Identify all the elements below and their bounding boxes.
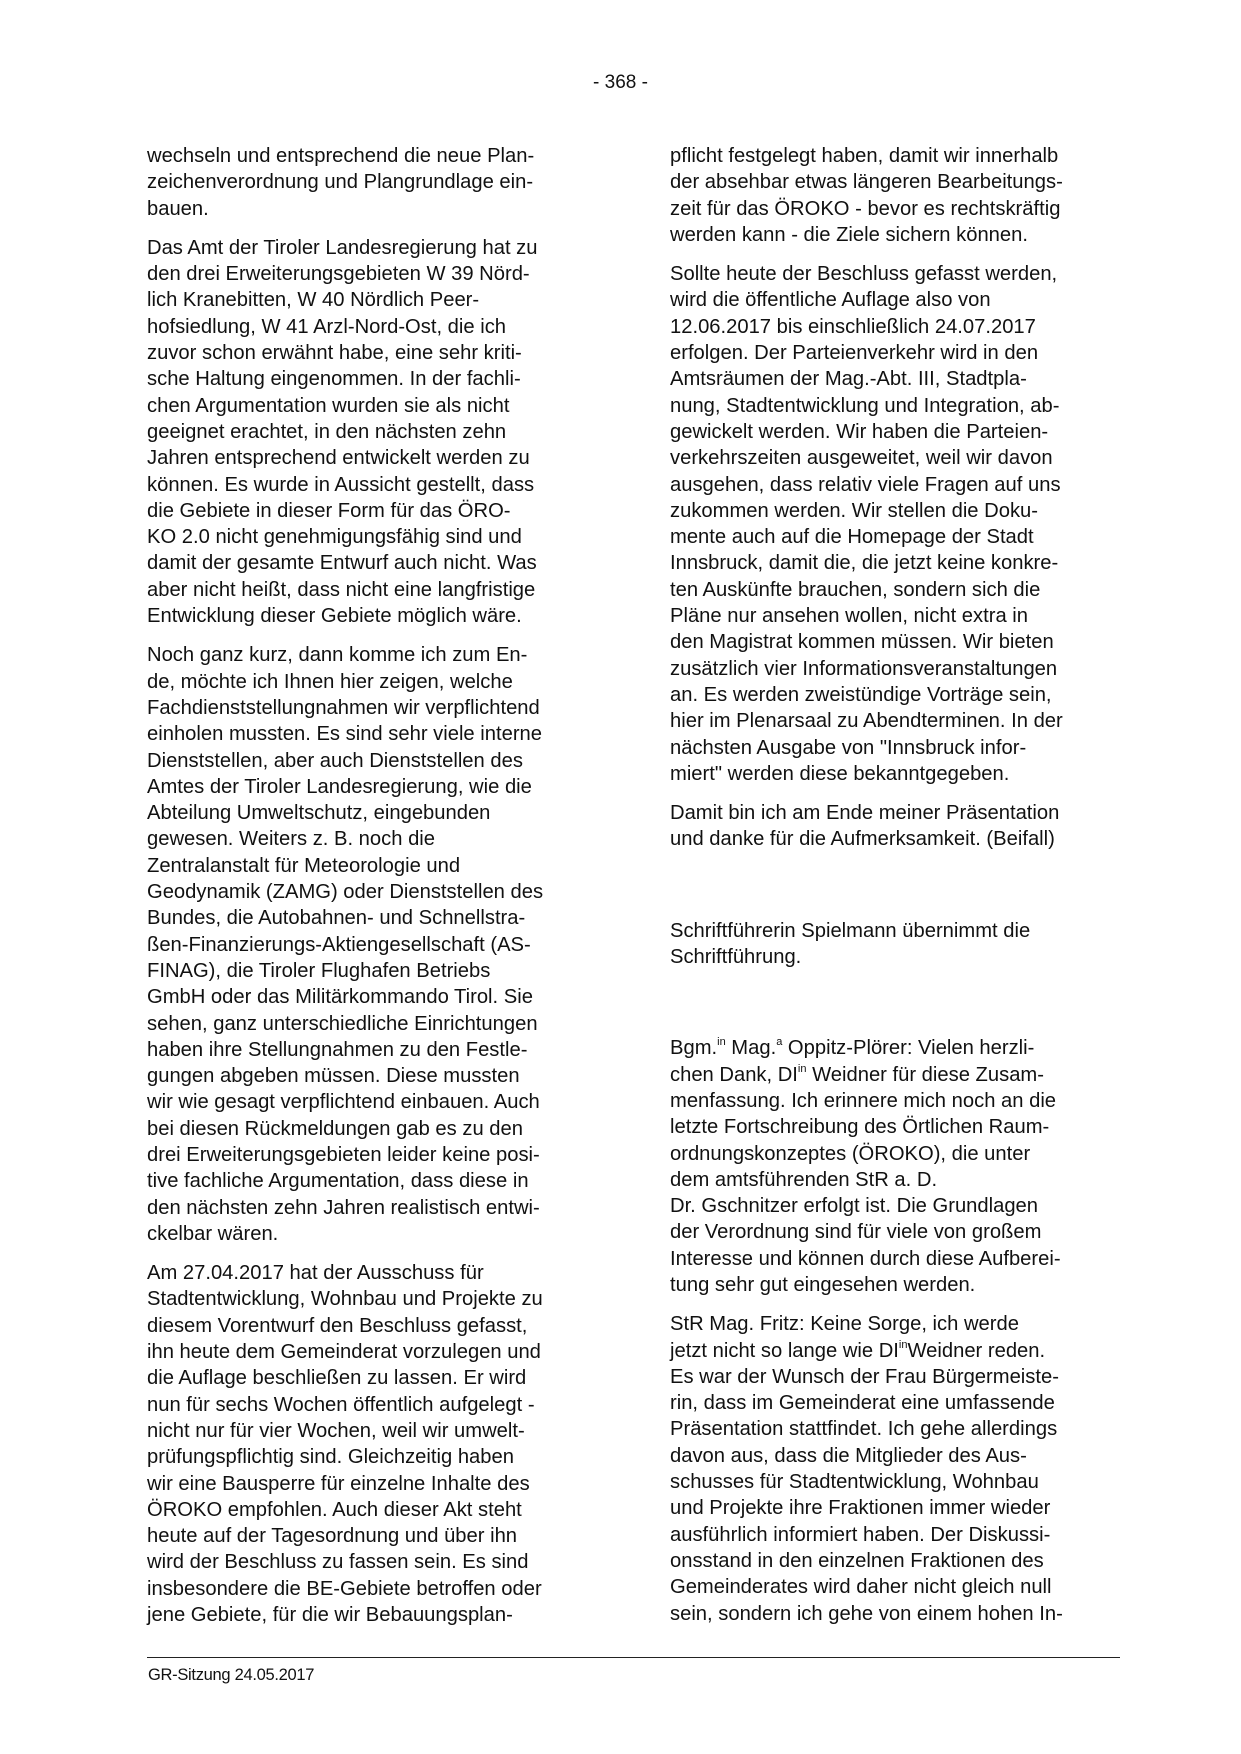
text-line: Schriftführung. <box>670 944 1130 970</box>
footer-session-label: GR-Sitzung 24.05.2017 <box>148 1666 314 1685</box>
announcement: Schriftführerin Spielmann übernimmt die … <box>670 918 1130 971</box>
text-line: sehen, ganz unterschiedliche Einrichtung… <box>147 1011 627 1037</box>
text-fragment: Weidner für diese Zusam- <box>806 1064 1043 1086</box>
text-line: drei Erweiterungsgebieten leider keine p… <box>147 1142 627 1168</box>
text-line: bei diesen Rückmeldungen gab es zu den <box>147 1116 627 1142</box>
text-line: die Auflage beschließen zu lassen. Er wi… <box>147 1365 627 1391</box>
text-line: Bgm.in Mag.a Oppitz-Plörer: Vielen herzl… <box>670 1035 1130 1061</box>
text-line: Stadtentwicklung, Wohnbau und Projekte z… <box>147 1286 627 1312</box>
page-number: - 368 - <box>0 72 1241 94</box>
text-line: jene Gebiete, für die wir Bebauungsplan- <box>147 1602 627 1628</box>
superscript: in <box>717 1036 726 1048</box>
text-line: hofsiedlung, W 41 Arzl-Nord-Ost, die ich <box>147 314 627 340</box>
text-line: FINAG), die Tiroler Flughafen Betriebs <box>147 958 627 984</box>
text-line: jetzt nicht so lange wie DIinWeidner red… <box>670 1338 1130 1364</box>
text-line: KO 2.0 nicht genehmigungsfähig sind und <box>147 524 627 550</box>
text-line: Pläne nur ansehen wollen, nicht extra in <box>670 603 1130 629</box>
text-line: Zentralanstalt für Meteorologie und <box>147 853 627 879</box>
text-line: haben ihre Stellungnahmen zu den Festle- <box>147 1037 627 1063</box>
text-line: den Magistrat kommen müssen. Wir bieten <box>670 629 1130 655</box>
text-line: wechseln und entsprechend die neue Plan- <box>147 143 627 169</box>
text-line: und danke für die Aufmerksamkeit. (Beifa… <box>670 826 1130 852</box>
text-line: Präsentation stattfindet. Ich gehe aller… <box>670 1416 1130 1442</box>
text-fragment: Oppitz-Plörer: Vielen herzli- <box>782 1037 1034 1059</box>
text-line: damit der gesamte Entwurf auch nicht. Wa… <box>147 550 627 576</box>
text-line: zeichenverordnung und Plangrundlage ein- <box>147 169 627 195</box>
text-line: zuvor schon erwähnt habe, eine sehr krit… <box>147 340 627 366</box>
text-line: Entwicklung dieser Gebiete möglich wäre. <box>147 603 627 629</box>
text-line: schusses für Stadtentwicklung, Wohnbau <box>670 1469 1130 1495</box>
speaker-title: Mag. <box>726 1037 777 1059</box>
text-line: ckelbar wären. <box>147 1221 627 1247</box>
text-line: Amtes der Tiroler Landesregierung, wie d… <box>147 774 627 800</box>
text-line: ausgehen, dass relativ viele Fragen auf … <box>670 472 1130 498</box>
text-line: nun für sechs Wochen öffentlich aufgeleg… <box>147 1392 627 1418</box>
text-line: ordnungskonzeptes (ÖROKO), die unter <box>670 1141 1130 1167</box>
text-line: der absehbar etwas längeren Bearbeitungs… <box>670 169 1130 195</box>
text-line: erfolgen. Der Parteienverkehr wird in de… <box>670 340 1130 366</box>
text-line: Es war der Wunsch der Frau Bürgermeiste- <box>670 1364 1130 1390</box>
text-line: menfassung. Ich erinnere mich noch an di… <box>670 1088 1130 1114</box>
text-line: Innsbruck, damit die, die jetzt keine ko… <box>670 550 1130 576</box>
text-line: ihn heute dem Gemeinderat vorzulegen und <box>147 1339 627 1365</box>
text-line: wird der Beschluss zu fassen sein. Es si… <box>147 1549 627 1575</box>
text-line: die Gebiete in dieser Form für das ÖRO- <box>147 498 627 524</box>
text-line: gungen abgeben müssen. Diese mussten <box>147 1063 627 1089</box>
text-line: Bundes, die Autobahnen- und Schnellstra- <box>147 905 627 931</box>
text-line: prüfungspflichtig sind. Gleichzeitig hab… <box>147 1444 627 1470</box>
text-line: Schriftführerin Spielmann übernimmt die <box>670 918 1130 944</box>
text-line: nächsten Ausgabe von "Innsbruck infor- <box>670 735 1130 761</box>
text-line: miert" werden diese bekanntgegeben. <box>670 761 1130 787</box>
text-line: wir wie gesagt verpflichtend einbauen. A… <box>147 1089 627 1115</box>
fritz-speech: StR Mag. Fritz: Keine Sorge, ich werde j… <box>670 1311 1130 1627</box>
speaker-title: Bgm. <box>670 1037 717 1059</box>
text-line: Sollte heute der Beschluss gefasst werde… <box>670 261 1130 287</box>
text-line: sche Haltung eingenommen. In der fachli- <box>147 366 627 392</box>
text-line: davon aus, dass die Mitglieder des Aus- <box>670 1443 1130 1469</box>
text-line: bauen. <box>147 196 627 222</box>
left-column: wechseln und entsprechend die neue Plan-… <box>147 143 627 1641</box>
paragraph: Damit bin ich am Ende meiner Präsentatio… <box>670 800 1130 853</box>
paragraph: Das Amt der Tiroler Landesregierung hat … <box>147 235 627 629</box>
text-line: den drei Erweiterungsgebieten W 39 Nörd- <box>147 261 627 287</box>
paragraph: pflicht festgelegt haben, damit wir inne… <box>670 143 1130 248</box>
spacer <box>670 866 1130 918</box>
paragraph: wechseln und entsprechend die neue Plan-… <box>147 143 627 222</box>
text-line: und Projekte ihre Fraktionen immer wiede… <box>670 1495 1130 1521</box>
text-line: Fachdienststellungnahmen wir verpflichte… <box>147 695 627 721</box>
text-line: Dr. Gschnitzer erfolgt ist. Die Grundlag… <box>670 1193 1130 1219</box>
mayor-speech: Bgm.in Mag.a Oppitz-Plörer: Vielen herzl… <box>670 1035 1130 1298</box>
text-line: verkehrszeiten ausgeweitet, weil wir dav… <box>670 445 1130 471</box>
text-line: können. Es wurde in Aussicht gestellt, d… <box>147 472 627 498</box>
text-line: den nächsten zehn Jahren realistisch ent… <box>147 1195 627 1221</box>
text-line: an. Es werden zweistündige Vorträge sein… <box>670 682 1130 708</box>
text-line: lich Kranebitten, W 40 Nördlich Peer- <box>147 287 627 313</box>
text-line: aber nicht heißt, dass nicht eine langfr… <box>147 577 627 603</box>
text-line: de, möchte ich Ihnen hier zeigen, welche <box>147 669 627 695</box>
text-line: der Verordnung sind für viele von großem <box>670 1219 1130 1245</box>
text-line: letzte Fortschreibung des Örtlichen Raum… <box>670 1114 1130 1140</box>
text-line: Interesse und können durch diese Aufbere… <box>670 1246 1130 1272</box>
text-line: Dienststellen, aber auch Dienststellen d… <box>147 748 627 774</box>
text-fragment: Weidner reden. <box>907 1340 1045 1362</box>
text-line: zukommen werden. Wir stellen die Doku- <box>670 498 1130 524</box>
text-line: wir eine Bausperre für einzelne Inhalte … <box>147 1471 627 1497</box>
text-line: rin, dass im Gemeinderat eine umfassende <box>670 1390 1130 1416</box>
text-line: zeit für das ÖROKO - bevor es rechtskräf… <box>670 196 1130 222</box>
text-line: wird die öffentliche Auflage also von <box>670 287 1130 313</box>
paragraph: Am 27.04.2017 hat der Ausschuss für Stad… <box>147 1260 627 1628</box>
text-line: nung, Stadtentwicklung und Integration, … <box>670 393 1130 419</box>
text-line: chen Dank, DIin Weidner für diese Zusam- <box>670 1062 1130 1088</box>
text-line: ßen-Finanzierungs-Aktiengesellschaft (AS… <box>147 932 627 958</box>
text-line: zusätzlich vier Informationsveranstaltun… <box>670 656 1130 682</box>
text-line: insbesondere die BE-Gebiete betroffen od… <box>147 1576 627 1602</box>
text-fragment: chen Dank, DI <box>670 1064 798 1086</box>
right-column: pflicht festgelegt haben, damit wir inne… <box>670 143 1130 1640</box>
text-line: Amtsräumen der Mag.-Abt. III, Stadtpla- <box>670 366 1130 392</box>
text-line: mente auch auf die Homepage der Stadt <box>670 524 1130 550</box>
text-line: dem amtsführenden StR a. D. <box>670 1167 1130 1193</box>
text-line: onsstand in den einzelnen Fraktionen des <box>670 1548 1130 1574</box>
text-line: Noch ganz kurz, dann komme ich zum En- <box>147 642 627 668</box>
text-line: ÖROKO empfohlen. Auch dieser Akt steht <box>147 1497 627 1523</box>
text-line: gewickelt werden. Wir haben die Parteien… <box>670 419 1130 445</box>
text-fragment: jetzt nicht so lange wie DI <box>670 1340 899 1362</box>
text-line: Das Amt der Tiroler Landesregierung hat … <box>147 235 627 261</box>
text-line: werden kann - die Ziele sichern können. <box>670 222 1130 248</box>
text-line: geeignet erachtet, in den nächsten zehn <box>147 419 627 445</box>
text-line: 12.06.2017 bis einschließlich 24.07.2017 <box>670 314 1130 340</box>
text-line: gewesen. Weiters z. B. noch die <box>147 826 627 852</box>
text-line: ausführlich informiert haben. Der Diskus… <box>670 1522 1130 1548</box>
text-line: Geodynamik (ZAMG) oder Dienststellen des <box>147 879 627 905</box>
text-line: GmbH oder das Militärkommando Tirol. Sie <box>147 984 627 1010</box>
text-line: hier im Plenarsaal zu Abendterminen. In … <box>670 708 1130 734</box>
text-line: sein, sondern ich gehe von einem hohen I… <box>670 1601 1130 1627</box>
text-line: einholen mussten. Es sind sehr viele int… <box>147 721 627 747</box>
text-line: heute auf der Tagesordnung und über ihn <box>147 1523 627 1549</box>
text-line: Am 27.04.2017 hat der Ausschuss für <box>147 1260 627 1286</box>
text-line: Jahren entsprechend entwickelt werden zu <box>147 445 627 471</box>
text-line: ten Auskünfte brauchen, sondern sich die <box>670 577 1130 603</box>
text-line: Gemeinderates wird daher nicht gleich nu… <box>670 1574 1130 1600</box>
paragraph: Sollte heute der Beschluss gefasst werde… <box>670 261 1130 787</box>
text-line: nicht nur für vier Wochen, weil wir umwe… <box>147 1418 627 1444</box>
text-line: pflicht festgelegt haben, damit wir inne… <box>670 143 1130 169</box>
text-line: diesem Vorentwurf den Beschluss gefasst, <box>147 1313 627 1339</box>
text-line: tung sehr gut eingesehen werden. <box>670 1272 1130 1298</box>
spacer <box>670 983 1130 1035</box>
footer-divider <box>147 1657 1120 1658</box>
text-line: chen Argumentation wurden sie als nicht <box>147 393 627 419</box>
text-line: Damit bin ich am Ende meiner Präsentatio… <box>670 800 1130 826</box>
text-line: Abteilung Umweltschutz, eingebunden <box>147 800 627 826</box>
paragraph: Noch ganz kurz, dann komme ich zum En- d… <box>147 642 627 1247</box>
text-line: StR Mag. Fritz: Keine Sorge, ich werde <box>670 1311 1130 1337</box>
text-line: tive fachliche Argumentation, dass diese… <box>147 1168 627 1194</box>
